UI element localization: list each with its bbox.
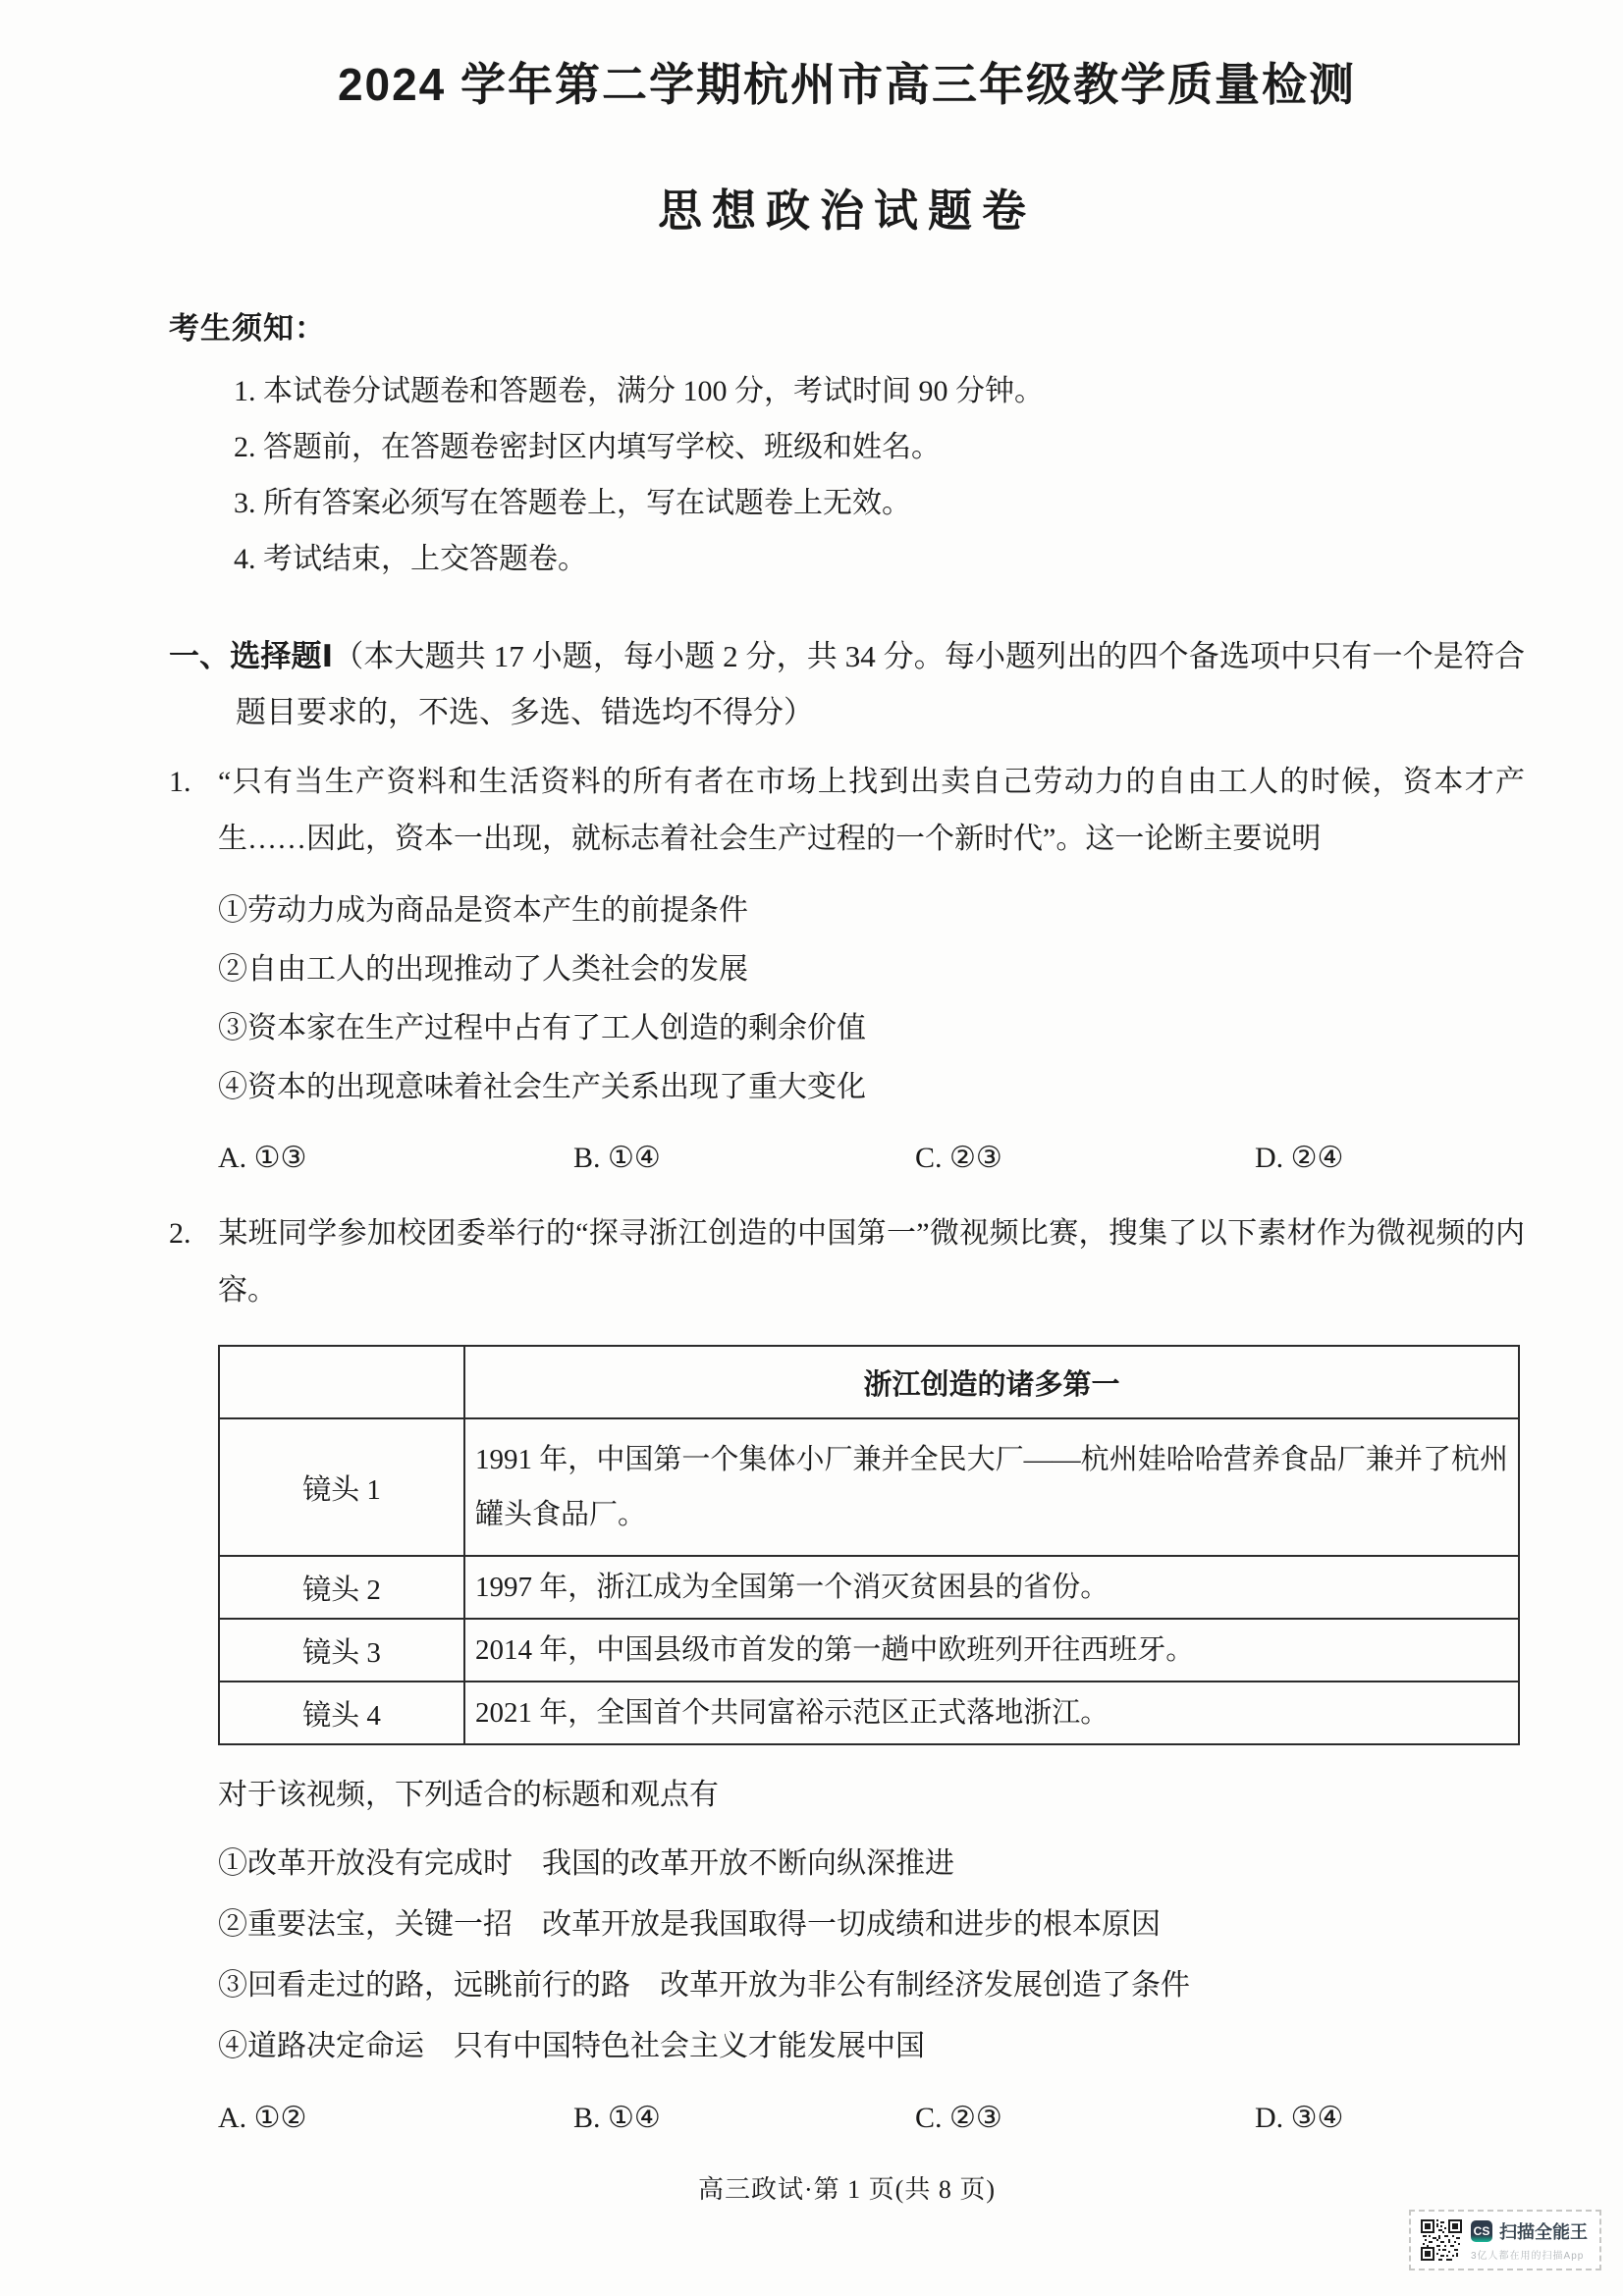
question-prompt: 对于该视频，下列适合的标题和观点有 <box>218 1767 1525 1824</box>
answer-choice-a: A. ①③ <box>218 1133 573 1184</box>
table-header-empty-cell <box>219 1346 464 1418</box>
material-table: 浙江创造的诸多第一 镜头 1 1991 年，中国第一个集体小厂兼并全民大厂——杭… <box>218 1345 1520 1745</box>
table-header-row: 浙江创造的诸多第一 <box>219 1346 1519 1418</box>
option-line: ②重要法宝，关键一招 改革开放是我国取得一切成绩和进步的根本原因 <box>218 1895 1525 1955</box>
question-text: “只有当生产资料和生活资料的所有者在市场上找到出卖自己劳动力的自由工人的时候，资… <box>218 766 1525 855</box>
page-footer: 高三政试·第 1 页(共 8 页) <box>169 2169 1525 2206</box>
answer-choice-b: B. ①④ <box>573 2093 915 2144</box>
question-options: ①改革开放没有完成时 我国的改革开放不断向纵深推进 ②重要法宝，关键一招 改革开… <box>218 1834 1525 2077</box>
section-desc: （本大题共 17 小题，每小题 2 分，共 34 分。每小题列出的四个备选项中只… <box>236 639 1525 729</box>
qr-code-icon <box>1421 2219 1462 2261</box>
lens-label-cell: 镜头 2 <box>219 1556 464 1619</box>
question-options: ①劳动力成为商品是资本产生的前提条件 ②自由工人的出现推动了人类社会的发展 ③资… <box>218 881 1525 1117</box>
question-2: 2.某班同学参加校团委举行的“探寻浙江创造的中国第一”微视频比赛，搜集了以下素材… <box>169 1205 1525 2144</box>
answer-choice-a: A. ①② <box>218 2093 573 2144</box>
table-row: 镜头 4 2021 年，全国首个共同富裕示范区正式落地浙江。 <box>219 1682 1519 1744</box>
section-label: 一、选择题Ⅰ <box>169 639 333 673</box>
camscanner-app-name: 扫描全能王 <box>1499 2218 1588 2244</box>
question-stem: 1.“只有当生产资料和生活资料的所有者在市场上找到出卖自己劳动力的自由工人的时候… <box>169 754 1525 868</box>
option-line: ④资本的出现意味着社会生产关系出现了重大变化 <box>218 1058 1525 1117</box>
camscanner-tagline: 3亿人都在用的扫描App <box>1471 2247 1592 2262</box>
answer-choice-c: C. ②③ <box>915 1133 1255 1184</box>
notice-item: 4. 考试结束，上交答题卷。 <box>234 531 1525 587</box>
camscanner-logo-icon: CS <box>1471 2220 1492 2242</box>
notice-item: 2. 答题前，在答题卷密封区内填写学校、班级和姓名。 <box>234 419 1525 475</box>
answer-choice-b: B. ①④ <box>573 1133 915 1184</box>
answer-choice-c: C. ②③ <box>915 2093 1255 2144</box>
answer-choices: A. ①③ B. ①④ C. ②③ D. ②④ <box>218 1133 1525 1184</box>
page-title: 2024 学年第二学期杭州市高三年级教学质量检测 <box>169 0 1525 114</box>
question-number: 2. <box>169 1205 218 1262</box>
section-heading: 一、选择题Ⅰ（本大题共 17 小题，每小题 2 分，共 34 分。每小题列出的四… <box>169 628 1525 740</box>
lens-text-cell: 1991 年，中国第一个集体小厂兼并全民大厂——杭州娃哈哈营养食品厂兼并了杭州罐… <box>464 1418 1519 1556</box>
notice-item: 1. 本试卷分试题卷和答题卷，满分 100 分，考试时间 90 分钟。 <box>234 363 1525 419</box>
option-line: ④道路决定命运 只有中国特色社会主义才能发展中国 <box>218 2016 1525 2077</box>
question-stem: 2.某班同学参加校团委举行的“探寻浙江创造的中国第一”微视频比赛，搜集了以下素材… <box>169 1205 1525 1319</box>
table-row: 镜头 1 1991 年，中国第一个集体小厂兼并全民大厂——杭州娃哈哈营养食品厂兼… <box>219 1418 1519 1556</box>
question-text: 某班同学参加校团委举行的“探寻浙江创造的中国第一”微视频比赛，搜集了以下素材作为… <box>218 1217 1525 1307</box>
lens-text-cell: 2014 年，中国县级市首发的第一趟中欧班列开往西班牙。 <box>464 1619 1519 1682</box>
lens-text-cell: 1997 年，浙江成为全国第一个消灭贫困县的省份。 <box>464 1556 1519 1619</box>
option-line: ③回看走过的路，远眺前行的路 改革开放为非公有制经济发展创造了条件 <box>218 1955 1525 2016</box>
answer-choice-d: D. ③④ <box>1255 2093 1343 2144</box>
notice-heading: 考生须知： <box>169 303 1525 347</box>
lens-text-cell: 2021 年，全国首个共同富裕示范区正式落地浙江。 <box>464 1682 1519 1744</box>
question-number: 1. <box>169 754 218 811</box>
option-line: ③资本家在生产过程中占有了工人创造的剩余价值 <box>218 999 1525 1058</box>
table-header-cell: 浙江创造的诸多第一 <box>464 1346 1519 1418</box>
table-row: 镜头 2 1997 年，浙江成为全国第一个消灭贫困县的省份。 <box>219 1556 1519 1619</box>
option-line: ①改革开放没有完成时 我国的改革开放不断向纵深推进 <box>218 1834 1525 1895</box>
lens-label-cell: 镜头 1 <box>219 1418 464 1556</box>
option-line: ①劳动力成为商品是资本产生的前提条件 <box>218 881 1525 940</box>
exam-page: 2024 学年第二学期杭州市高三年级教学质量检测 思想政治试题卷 考生须知： 1… <box>0 0 1623 2296</box>
question-1: 1.“只有当生产资料和生活资料的所有者在市场上找到出卖自己劳动力的自由工人的时候… <box>169 754 1525 1184</box>
table-row: 镜头 3 2014 年，中国县级市首发的第一趟中欧班列开往西班牙。 <box>219 1619 1519 1682</box>
answer-choices: A. ①② B. ①④ C. ②③ D. ③④ <box>218 2093 1525 2144</box>
lens-label-cell: 镜头 4 <box>219 1682 464 1744</box>
answer-choice-d: D. ②④ <box>1255 1133 1343 1184</box>
lens-label-cell: 镜头 3 <box>219 1619 464 1682</box>
page-subtitle: 思想政治试题卷 <box>169 175 1525 239</box>
option-line: ②自由工人的出现推动了人类社会的发展 <box>218 940 1525 999</box>
notice-item: 3. 所有答案必须写在答题卷上，写在试题卷上无效。 <box>234 475 1525 531</box>
camscanner-watermark: CS 扫描全能王 3亿人都在用的扫描App <box>1409 2210 1601 2270</box>
notice-list: 1. 本试卷分试题卷和答题卷，满分 100 分，考试时间 90 分钟。 2. 答… <box>234 363 1525 587</box>
